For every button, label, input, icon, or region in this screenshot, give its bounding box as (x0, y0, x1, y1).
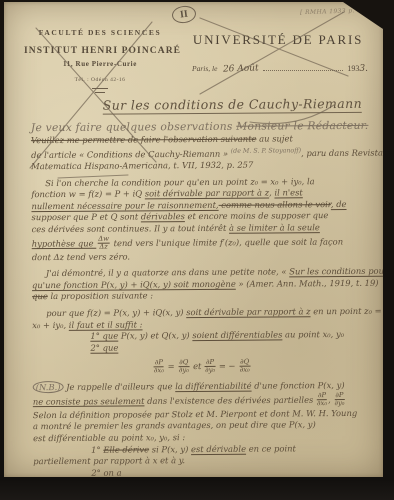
text-run: (N.B.) (33, 381, 64, 393)
manuscript-line: Matematica Hispano-Americana, t. VII, 19… (31, 159, 370, 173)
text-run: Veuillez me permettre de faire l'observa… (31, 134, 257, 146)
text-run: et encore moins de supposer que (185, 210, 329, 221)
date-year-handwritten: 3. (359, 64, 368, 74)
text-run: à se limiter à la seule (229, 222, 320, 233)
text-run: que (32, 291, 48, 301)
institute-phone: Tél. : Odéon 42-16 (24, 77, 176, 83)
text-run: la différentiabilité (175, 381, 251, 392)
fraction: ∂P∂y₀ (205, 359, 215, 375)
text-run: Je rappelle d'ailleurs que (63, 381, 175, 392)
text-run: pour que f(z) = P(x, y) + iQ(x, y) (46, 307, 186, 318)
pencil-reference-note: [ RMHA 1933 p. 56 ] (300, 7, 371, 16)
text-run: si P(x, y) (149, 444, 191, 454)
text-run: J'ai démontré, il y a quatorze ans dans … (46, 267, 289, 279)
date-handwritten: 26 Août (223, 63, 259, 74)
manuscript-line: 2° on a (91, 466, 372, 480)
text-run: est différentiable au point x₀, y₀, si : (33, 432, 185, 443)
fraction: ∂Q∂y₀ (178, 359, 189, 375)
text-run: 2° on a (91, 467, 121, 477)
manuscript-line: pour que f(z) = P(x, y) + iQ(x, y) soit … (32, 306, 371, 320)
university-cross-stroke-2 (200, 12, 344, 94)
date-line: Paris, le 26 Août 193 3. (192, 64, 368, 74)
text-run: soient différentiables (192, 330, 282, 341)
text-run: Monsieur le Rédacteur. (236, 119, 368, 133)
text-run: 1° que (90, 331, 118, 341)
text-run: » (Amer. Ann. Math., 1919, t. 19) (236, 277, 379, 288)
text-run: il faut et il suffit : (69, 319, 143, 330)
text-run: P(x, y) et Q(x, y) (118, 330, 192, 341)
fraction: ∂P∂x₀ (154, 359, 164, 375)
text-run: dans l'existence des dérivées partielles (144, 395, 316, 406)
text-run: , paru dans Revista (301, 147, 383, 158)
manuscript-lines: Je veux faire quelques observations Mons… (31, 118, 373, 480)
university-name: UNIVERSITÉ DE PARIS (180, 32, 376, 48)
text-run: Elle dérive (103, 444, 149, 454)
manuscript-line: hypothèse que ΔwΔz tend vers l'unique li… (32, 233, 371, 251)
text-run: Matematica Hispano-Americana, t. VII, 19… (31, 160, 253, 172)
text-run: et (190, 361, 204, 371)
text-run: a montré le premier les grands avantages… (33, 420, 316, 432)
text-run: (de M. S. P. Stoyanoff) (231, 147, 301, 154)
manuscript-line: dont Δz tend vers zéro. (32, 249, 371, 263)
text-run: Je veux faire quelques observations (31, 120, 236, 134)
date-dotted-rule (263, 70, 343, 71)
text-run: Si l'on cherche la condition pour qu'en … (45, 176, 314, 188)
manuscript-line: Je veux faire quelques observations Mons… (31, 118, 370, 135)
text-run: , (328, 394, 333, 404)
institute-address: 11, Rue Pierre-Curie (24, 60, 176, 68)
scanned-letter: [ RMHA 1933 p. 56 ] II FACULTÉ DES SCIEN… (0, 0, 394, 500)
text-run: soit dérivable par rapport à z (186, 306, 310, 317)
text-run: Sur les conditions pour (289, 266, 388, 277)
text-run: la proposition suivante : (48, 291, 153, 302)
text-run: en ce point (246, 443, 296, 453)
date-year-printed: 193 (347, 64, 359, 73)
text-run: hypothèse que (32, 238, 97, 248)
page-number-label: II (179, 9, 188, 21)
text-run: partiellement par rapport à x et à y. (33, 455, 185, 466)
manuscript-line: de l'article « Conditions de Cauchy-Riem… (31, 144, 370, 161)
page-number-circled: II (171, 5, 197, 25)
text-run: dont Δz tend vers zéro. (32, 251, 130, 262)
text-run: x₀ + iy₀, (32, 319, 69, 329)
letterhead-left-block: FACULTÉ DES SCIENCES INSTITUT HENRI POIN… (24, 28, 176, 93)
text-run: est dérivable (191, 443, 246, 453)
fraction: ΔwΔz (97, 235, 110, 251)
text-run: ne consiste pas seulement (33, 396, 145, 407)
fraction: ∂P∂x₀ (317, 392, 327, 408)
divider-dash (92, 88, 108, 89)
text-run: supposer que P et Q sont (31, 212, 140, 223)
date-prefix: Paris, le (192, 64, 217, 73)
text-run: Selon la définition proposée par Stolz e… (33, 408, 357, 420)
fraction: ∂Q∂x₀ (239, 358, 250, 374)
letter-paper: [ RMHA 1933 p. 56 ] II FACULTÉ DES SCIEN… (4, 2, 383, 477)
text-run: 1° (91, 444, 103, 454)
text-run: , de (331, 199, 347, 209)
text-run: dérivables (141, 211, 185, 221)
manuscript-body: Sur les conditions de Cauchy-Riemann Je … (31, 93, 373, 480)
text-run: en un point z₀ = (311, 306, 382, 316)
text-run: nullement nécessaire pour le raisonnemen… (31, 200, 218, 211)
text-run: soit dérivable par rapport à z (145, 188, 269, 199)
text-run: fonction w = f(z) = P + iQ (31, 189, 145, 200)
faculty-name: FACULTÉ DES SCIENCES (24, 28, 176, 37)
manuscript-line: ∂P∂x₀ = ∂Q∂y₀ et ∂P∂y₀ = − ∂Q∂x₀ (32, 355, 371, 377)
manuscript-line: que la proposition suivante : (32, 289, 371, 303)
institute-name: INSTITUT HENRI POINCARÉ (24, 46, 176, 56)
text-run: = − (216, 361, 238, 371)
text-run: d'une fonction P(x, y) (252, 380, 345, 391)
manuscript-line: 1° que P(x, y) et Q(x, y) soient différe… (90, 329, 371, 343)
manuscript-title: Sur les conditions de Cauchy-Riemann (103, 96, 362, 115)
manuscript-line: 2° que (90, 341, 371, 355)
fraction: ∂P∂y₀ (334, 392, 344, 408)
text-run: = (165, 361, 177, 371)
text-run: comme nous allons le voir (219, 199, 331, 210)
text-run: qu'une fonction P(x, y) + iQ(x, y) soit … (32, 278, 236, 289)
text-run: il n'est (274, 187, 302, 197)
divider-dash-small (95, 92, 105, 93)
text-run: 2° que (90, 342, 118, 352)
text-run: ces dérivées sont continues. Il y a tout… (32, 223, 229, 234)
text-run: tend vers l'unique limite f′(z₀), quelle… (111, 236, 343, 248)
text-run: au point x₀, y₀ (282, 329, 344, 339)
text-run: au sujet (256, 133, 292, 143)
text-run: de l'article « Conditions de Cauchy-Riem… (31, 148, 231, 159)
